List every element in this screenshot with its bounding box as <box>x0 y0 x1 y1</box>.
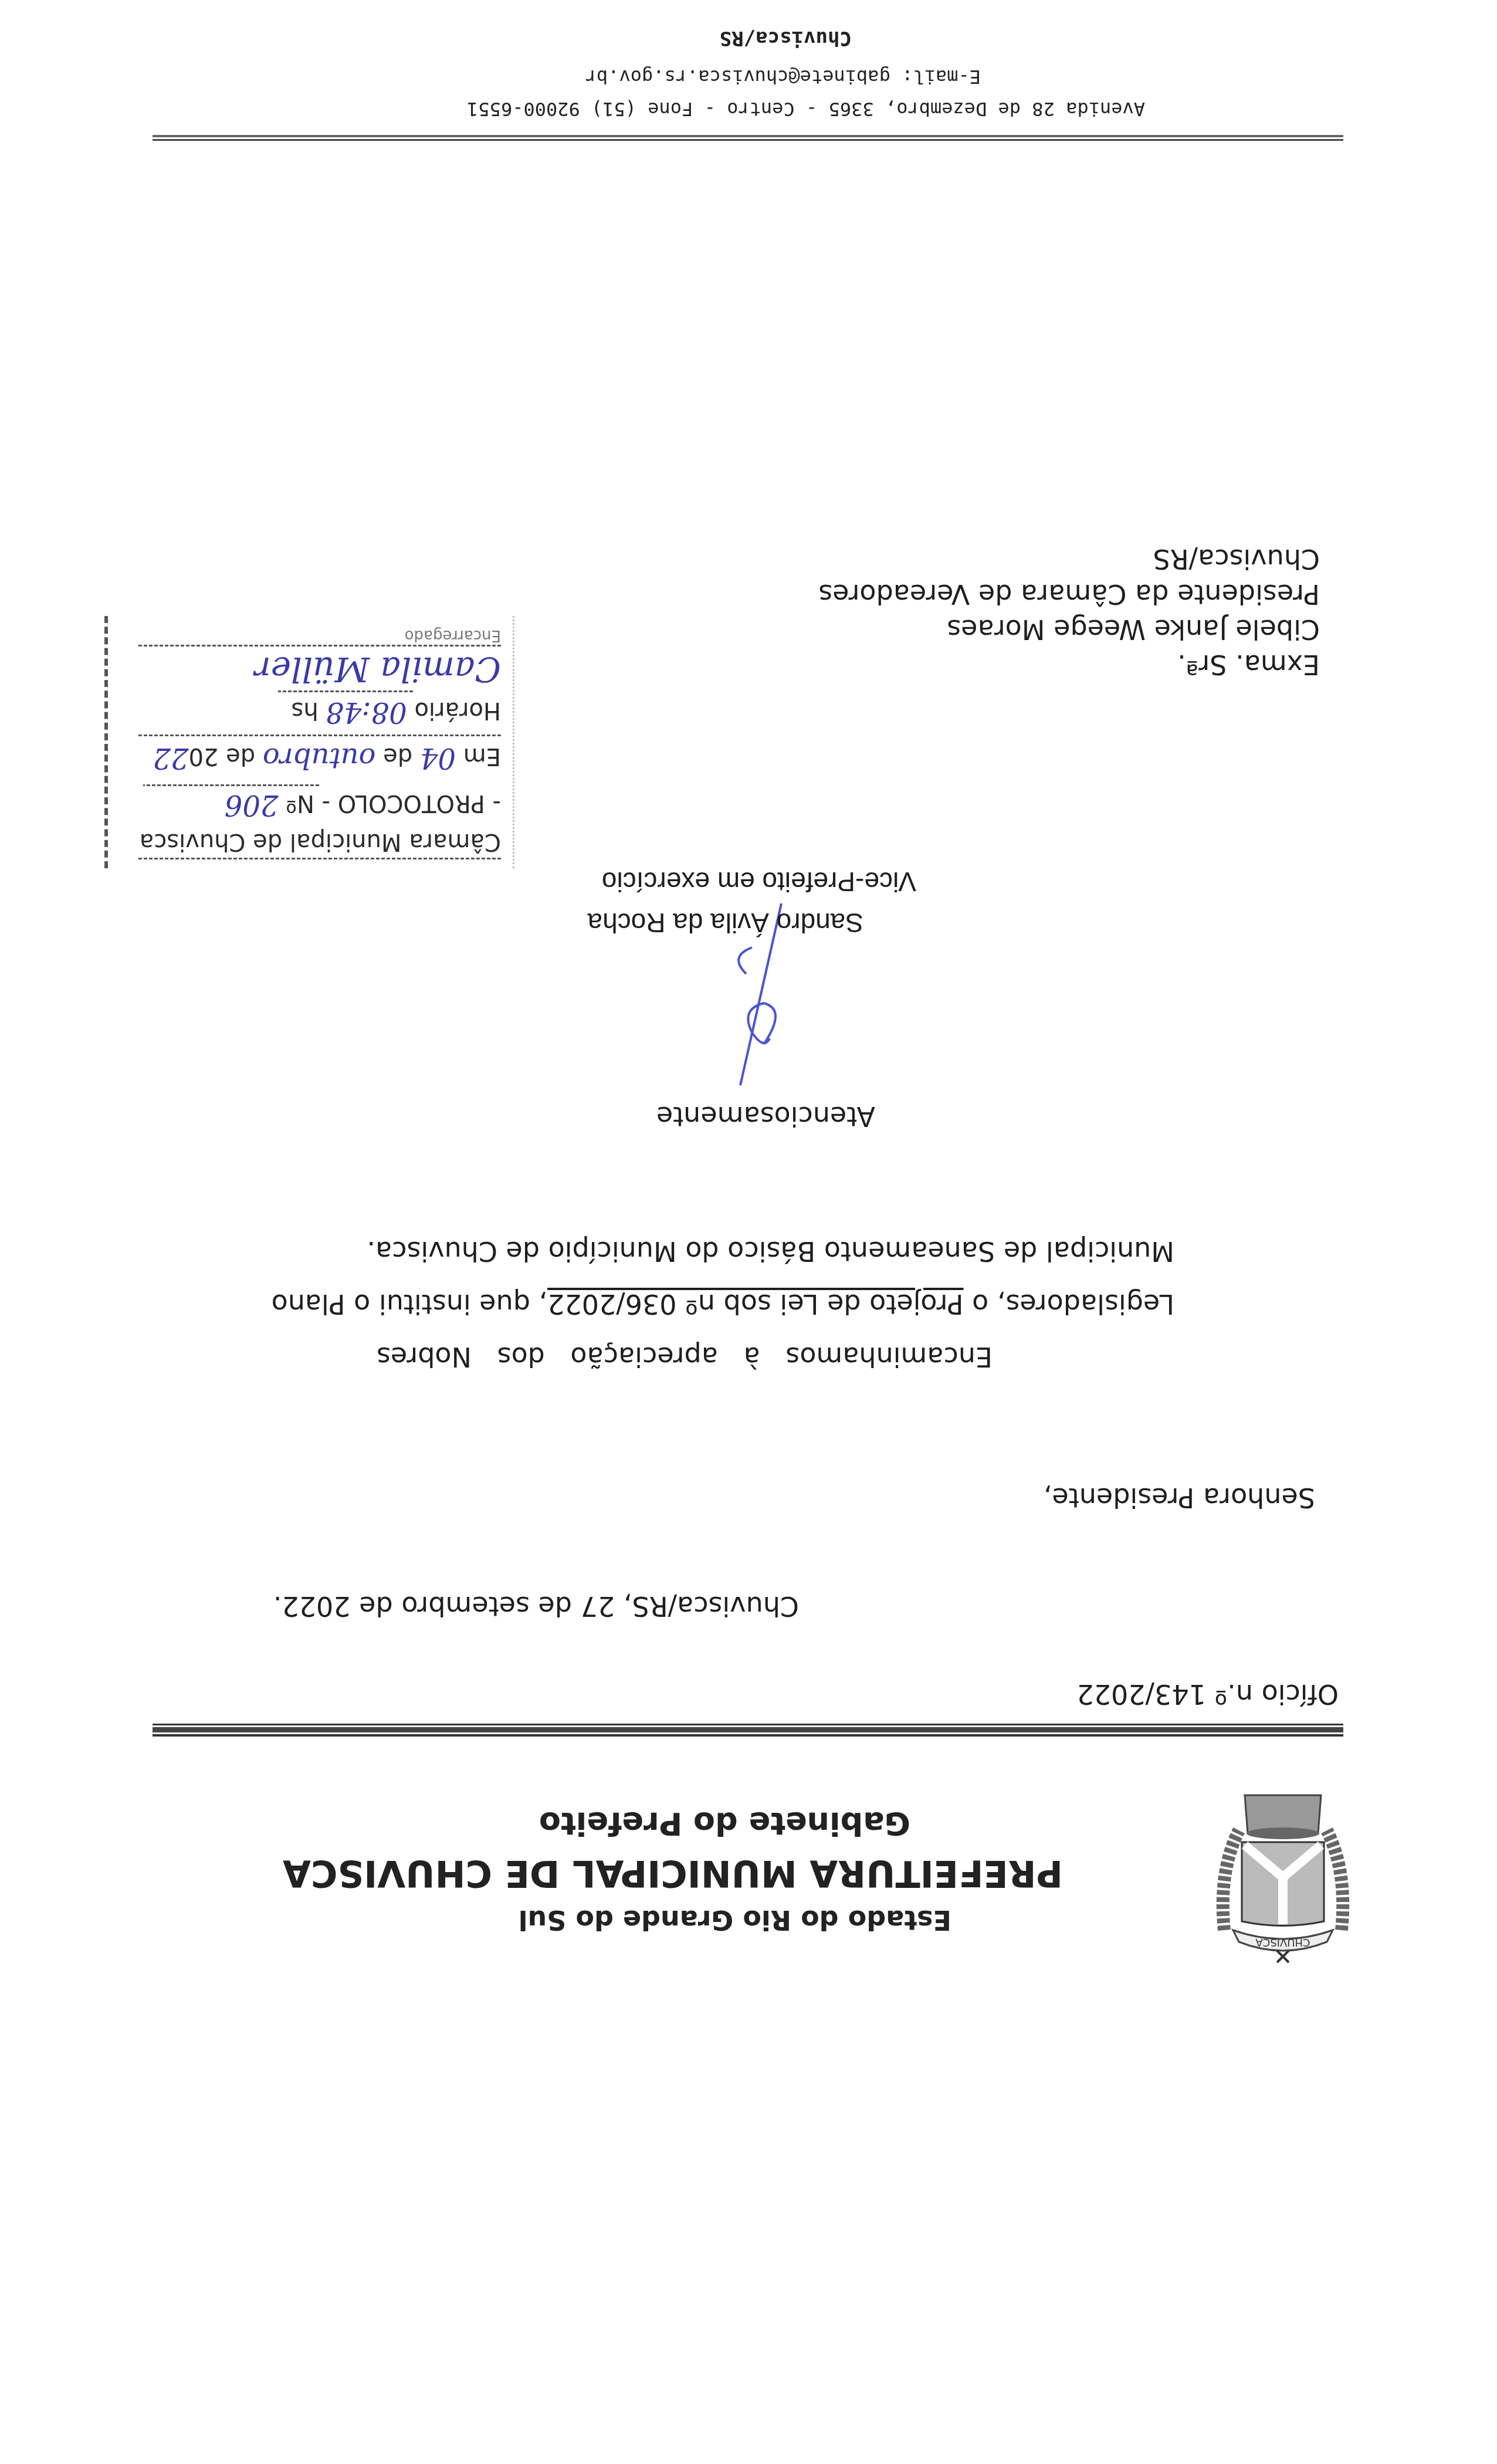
word: Nobres <box>377 1341 472 1373</box>
footer-address: Avenida 28 de Dezembro, 3365 - Centro - … <box>467 98 1145 120</box>
signer-role: Vice-Prefeito em exercício <box>602 866 916 898</box>
paragraph-line-2: Legisladores, o Projeto de Lei sob nº 03… <box>83 1288 1174 1320</box>
state-name: Estado do Rio Grande do Sul <box>519 1904 951 1936</box>
receiver-signature: Camila Müller <box>255 649 501 689</box>
receiver-label: Encarregado <box>405 627 501 644</box>
svg-text:CHUVISCA: CHUVISCA <box>1255 1936 1310 1948</box>
closing: Atenciosamente <box>656 1101 875 1132</box>
bill-reference: Projeto de Lei sob nº 036/2022 <box>547 1288 963 1320</box>
recipient-title: Presidente da Câmara de Vereadores <box>818 578 1320 610</box>
text: , que institui o Plano <box>272 1288 548 1320</box>
gabinete-subtitle: Gabinete do Prefeito <box>539 1805 910 1842</box>
document-page: CHUVISCA Estado do Rio Grande do Sul PRE… <box>0 0 1497 2464</box>
time: 08:48 <box>326 696 407 729</box>
footer-email: E-mail: gabinete@chuvisca.rs.gov.br <box>585 66 981 88</box>
year-prefix: de 20 <box>189 743 256 770</box>
year-suffix: 22 <box>153 742 189 774</box>
day: 04 <box>420 742 456 774</box>
stamp-title: Câmara Municipal de Chuvisca <box>140 828 501 855</box>
word: dos <box>497 1341 545 1373</box>
date-line: Chuvisca/RS, 27 de setembro de 2022. <box>273 1590 799 1622</box>
text: Legisladores, o <box>963 1288 1174 1320</box>
stamp-date: Em 04 de outubro de 2022 <box>153 742 502 774</box>
greeting: Senhora Presidente, <box>1044 1482 1315 1514</box>
recipient-name: Cibele Janke Weege Moraes <box>947 614 1320 645</box>
word: apreciação <box>570 1341 717 1373</box>
prefeitura-title: PREFEITURA MUNICIPAL DE CHUVISCA <box>283 1852 1063 1895</box>
month: outubro <box>263 742 376 774</box>
municipal-coat-of-arms-icon: CHUVISCA <box>1215 1789 1350 1965</box>
time-label: Horário <box>414 697 501 724</box>
paragraph-line-1: Encaminhamos à apreciação dos Nobres <box>377 1341 993 1373</box>
word: à <box>744 1341 760 1373</box>
stamp-protocol: - PROTOCOLO - Nº 206 <box>225 788 501 821</box>
de-label: de <box>383 743 412 770</box>
footer-divider <box>153 135 1343 141</box>
protocol-number: 206 <box>225 788 279 821</box>
word: Encaminhamos <box>785 1341 993 1373</box>
recipient-salutation: Exma. Srª. <box>1177 649 1320 681</box>
footer-city: Chuvisca/RS <box>720 26 852 50</box>
oficio-number: Ofício n.º 143/2022 <box>1077 1678 1339 1710</box>
date-prefix: Em <box>463 743 501 770</box>
header-divider <box>153 1724 1343 1737</box>
time-unit: hs <box>291 697 318 724</box>
recipient-city: Chuvisca/RS <box>1153 543 1320 575</box>
protocol-stamp: Câmara Municipal de Chuvisca - PROTOCOLO… <box>104 616 514 868</box>
stamp-time: Horário 08:48 hs <box>291 696 501 729</box>
protocol-label: - PROTOCOLO - Nº <box>286 790 501 817</box>
signer-name: Sandro Ávila da Rocha <box>587 907 863 939</box>
paragraph-line-3: Municipal de Saneamento Básico do Municí… <box>367 1236 1174 1267</box>
